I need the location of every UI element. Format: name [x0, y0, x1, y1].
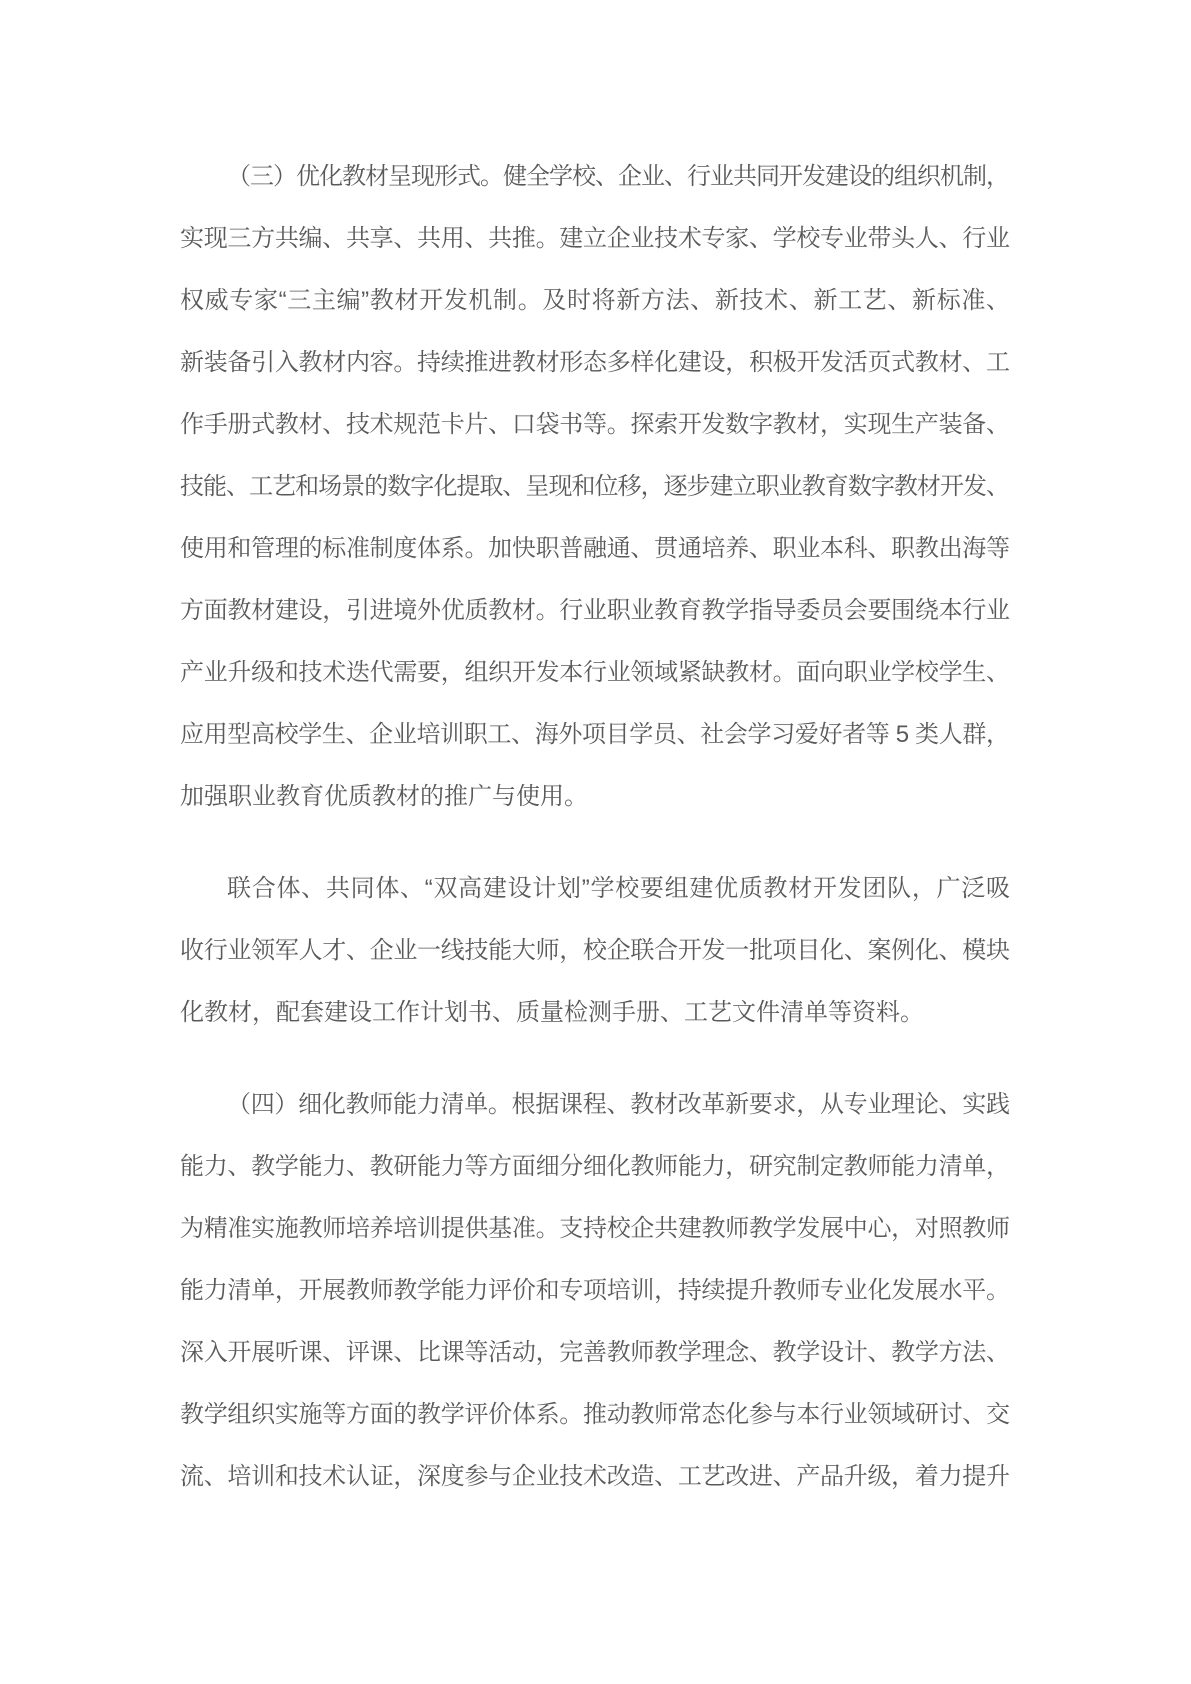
text-line: 新装备引入教材内容。持续推进教材形态多样化建设，积极开发活页式教材、工 — [180, 332, 1010, 394]
text-line: 技能、工艺和场景的数字化提取、呈现和位移，逐步建立职业教育数字教材开发、 — [180, 456, 1010, 518]
text-line: （三）优化教材呈现形式。健全学校、企业、行业共同开发建设的组织机制， — [180, 146, 1010, 208]
text-line-content: 收行业领军人才、企业一线技能大师，校企联合开发一批项目化、案例化、模块 — [180, 920, 1010, 982]
text-line-content: 化教材，配套建设工作计划书、质量检测手册、工艺文件清单等资料。 — [180, 982, 924, 1044]
text-line: 产业升级和技术迭代需要，组织开发本行业领域紧缺教材。面向职业学校学生、 — [180, 642, 1010, 704]
text-line: 能力清单，开展教师教学能力评价和专项培训，持续提升教师专业化发展水平。 — [180, 1260, 1010, 1322]
text-line-content: 实现三方共编、共享、共用、共推。建立企业技术专家、学校专业带头人、行业 — [180, 208, 1010, 270]
text-line-content: 深入开展听课、评课、比课等活动，完善教师教学理念、教学设计、教学方法、 — [180, 1322, 1010, 1384]
document-page: （三）优化教材呈现形式。健全学校、企业、行业共同开发建设的组织机制， 实现三方共… — [0, 0, 1191, 1684]
document-body: （三）优化教材呈现形式。健全学校、企业、行业共同开发建设的组织机制， 实现三方共… — [0, 0, 1191, 1508]
text-line-content: 流、培训和技术认证，深度参与企业技术改造、工艺改进、产品升级，着力提升 — [180, 1446, 1010, 1508]
text-line-content: 权威专家“三主编”教材开发机制。及时将新方法、新技术、新工艺、新标准、 — [180, 270, 1011, 332]
text-line: 流、培训和技术认证，深度参与企业技术改造、工艺改进、产品升级，着力提升 — [180, 1446, 1010, 1508]
text-line: 实现三方共编、共享、共用、共推。建立企业技术专家、学校专业带头人、行业 — [180, 208, 1010, 270]
text-line: 作手册式教材、技术规范卡片、口袋书等。探索开发数字教材，实现生产装备、 — [180, 394, 1010, 456]
text-line: 联合体、共同体、“双高建设计划”学校要组建优质教材开发团队，广泛吸 — [180, 858, 1010, 920]
text-line-content: 产业升级和技术迭代需要，组织开发本行业领域紧缺教材。面向职业学校学生、 — [180, 642, 1010, 704]
text-line: 加强职业教育优质教材的推广与使用。 — [180, 766, 1010, 828]
paragraph-4-teacher-capability-list: （四）细化教师能力清单。根据课程、教材改革新要求，从专业理论、实践 能力、教学能… — [180, 1074, 1010, 1508]
text-line: 方面教材建设，引进境外优质教材。行业职业教育教学指导委员会要围绕本行业 — [180, 580, 1010, 642]
text-line: 使用和管理的标准制度体系。加快职普融通、贯通培养、职业本科、职教出海等 — [180, 518, 1010, 580]
text-line-content: 应用型高校学生、企业培训职工、海外项目学员、社会学习爱好者等 5 类人群， — [180, 704, 1010, 766]
text-line: 化教材，配套建设工作计划书、质量检测手册、工艺文件清单等资料。 — [180, 982, 1010, 1044]
paragraph-consortium-textbook-team: 联合体、共同体、“双高建设计划”学校要组建优质教材开发团队，广泛吸 收行业领军人… — [180, 858, 1010, 1044]
text-line: （四）细化教师能力清单。根据课程、教材改革新要求，从专业理论、实践 — [180, 1074, 1010, 1136]
text-line-content: 教学组织实施等方面的教学评价体系。推动教师常态化参与本行业领域研讨、交 — [180, 1384, 1010, 1446]
text-line: 收行业领军人才、企业一线技能大师，校企联合开发一批项目化、案例化、模块 — [180, 920, 1010, 982]
text-line-content: 能力、教学能力、教研能力等方面细分细化教师能力，研究制定教师能力清单， — [180, 1136, 1010, 1198]
text-line-content: 作手册式教材、技术规范卡片、口袋书等。探索开发数字教材，实现生产装备、 — [180, 394, 1010, 456]
text-line-content: 联合体、共同体、“双高建设计划”学校要组建优质教材开发团队，广泛吸 — [227, 858, 1011, 920]
text-line: 深入开展听课、评课、比课等活动，完善教师教学理念、教学设计、教学方法、 — [180, 1322, 1010, 1384]
text-line-content: 使用和管理的标准制度体系。加快职普融通、贯通培养、职业本科、职教出海等 — [180, 518, 1010, 580]
text-line-content: 为精准实施教师培养培训提供基准。支持校企共建教师教学发展中心，对照教师 — [180, 1198, 1010, 1260]
text-line-content: 能力清单，开展教师教学能力评价和专项培训，持续提升教师专业化发展水平。 — [180, 1260, 1010, 1322]
paragraph-3-optimize-textbook-format: （三）优化教材呈现形式。健全学校、企业、行业共同开发建设的组织机制， 实现三方共… — [180, 146, 1010, 828]
text-line-content: 方面教材建设，引进境外优质教材。行业职业教育教学指导委员会要围绕本行业 — [180, 580, 1010, 642]
text-line: 能力、教学能力、教研能力等方面细分细化教师能力，研究制定教师能力清单， — [180, 1136, 1010, 1198]
text-line: 权威专家“三主编”教材开发机制。及时将新方法、新技术、新工艺、新标准、 — [180, 270, 1010, 332]
text-line-content: 技能、工艺和场景的数字化提取、呈现和位移，逐步建立职业教育数字教材开发、 — [180, 456, 1009, 518]
text-line: 应用型高校学生、企业培训职工、海外项目学员、社会学习爱好者等 5 类人群， — [180, 704, 1010, 766]
text-line: 教学组织实施等方面的教学评价体系。推动教师常态化参与本行业领域研讨、交 — [180, 1384, 1010, 1446]
text-line-content: （三）优化教材呈现形式。健全学校、企业、行业共同开发建设的组织机制， — [227, 146, 1009, 208]
text-line: 为精准实施教师培养培训提供基准。支持校企共建教师教学发展中心，对照教师 — [180, 1198, 1010, 1260]
text-line-content: 新装备引入教材内容。持续推进教材形态多样化建设，积极开发活页式教材、工 — [180, 332, 1010, 394]
text-line-content: 加强职业教育优质教材的推广与使用。 — [180, 766, 588, 828]
text-line-content: （四）细化教师能力清单。根据课程、教材改革新要求，从专业理论、实践 — [227, 1074, 1010, 1136]
